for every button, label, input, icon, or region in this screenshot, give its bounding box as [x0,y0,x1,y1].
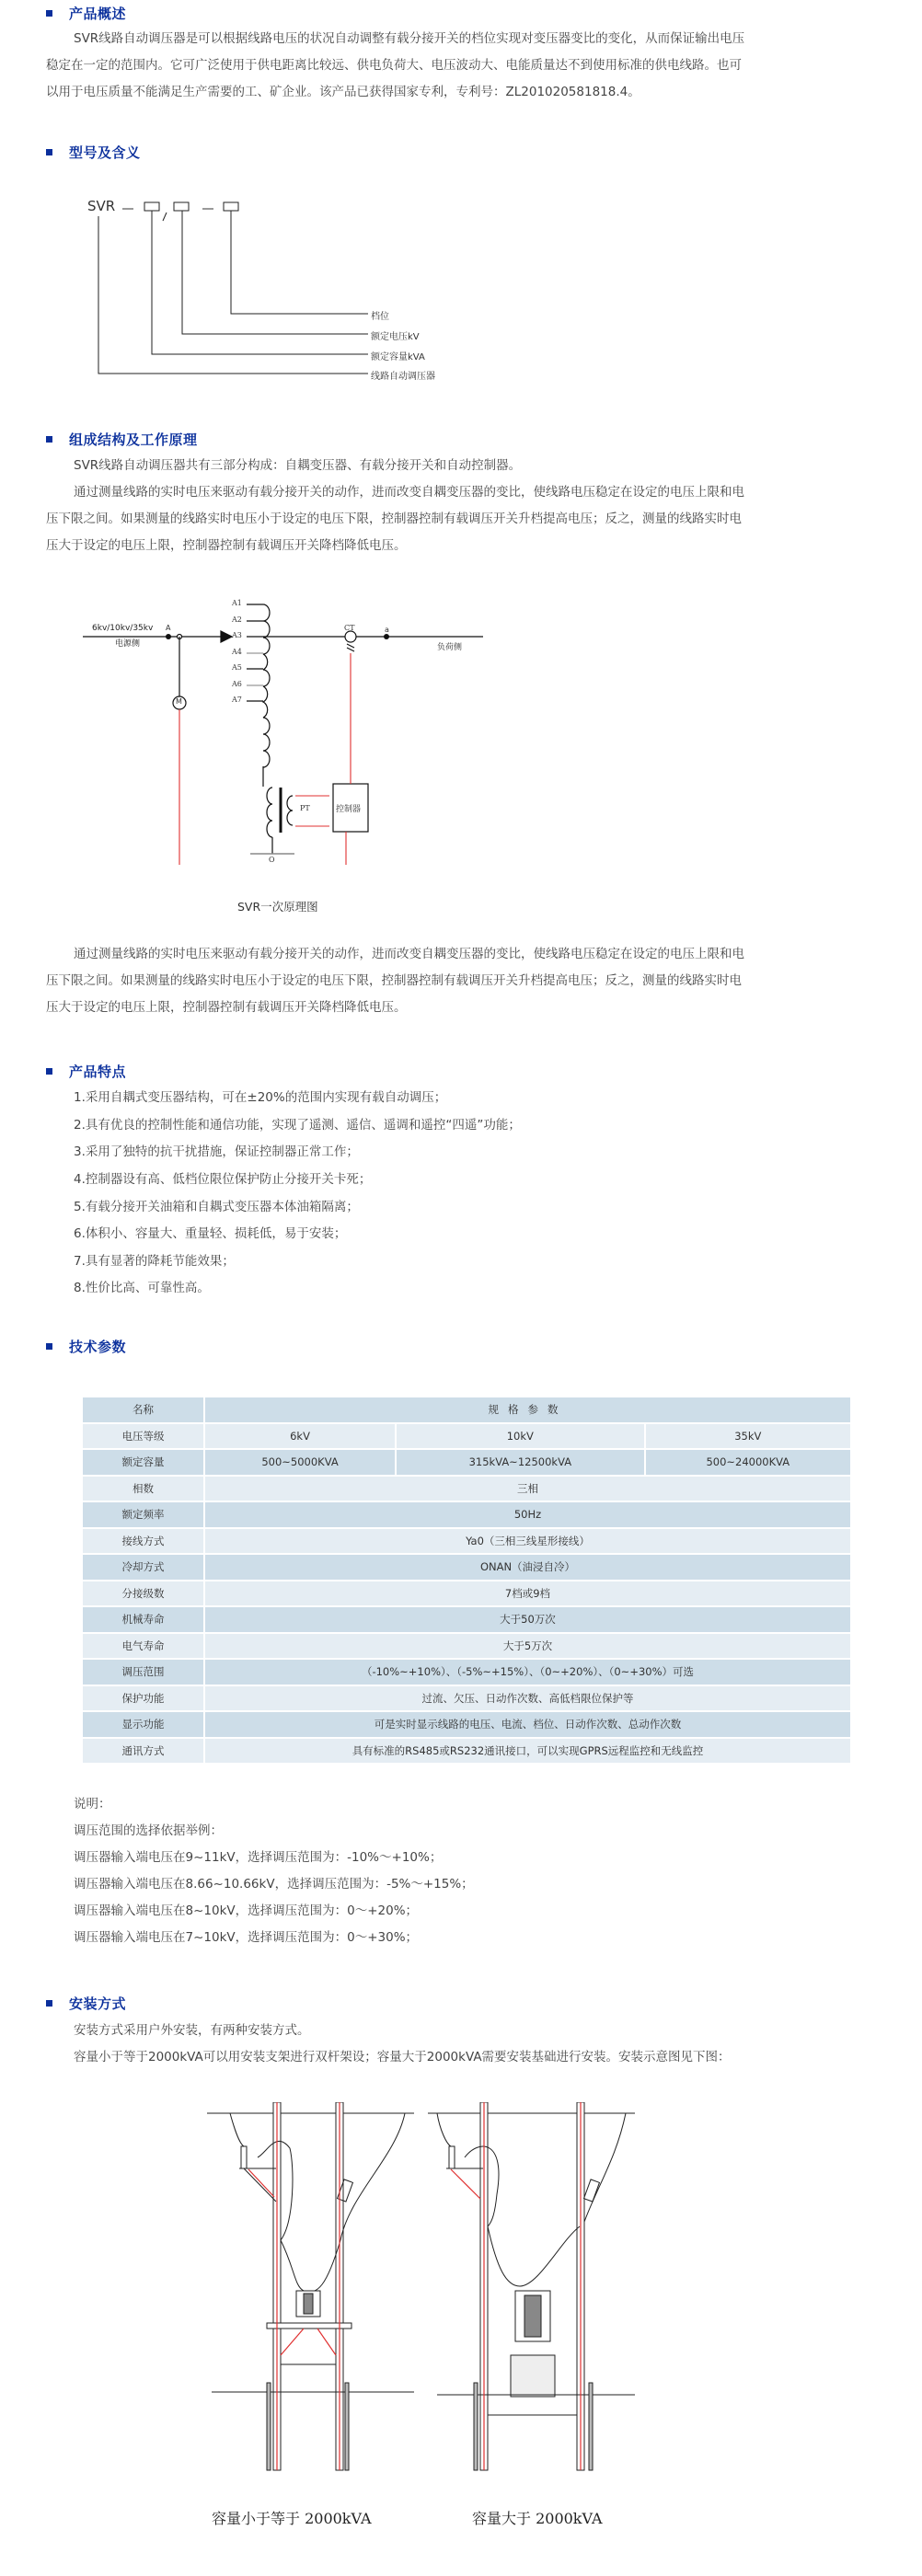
bullet-square-icon [46,10,52,17]
row-value: 315kVA~12500kVA [396,1449,645,1476]
row-name: 电压等级 [82,1423,204,1450]
row-value: 大于5万次 [204,1633,851,1660]
installation-diagram: 容量小于等于 2000kVA 容量大于 2000kVA [202,2102,718,2553]
install-line-1: 安装方式采用户外安装，有两种安装方式。 [74,2019,310,2038]
tap-A2: A2 [232,615,242,624]
bullet-square-icon [46,436,52,443]
row-name: 保护功能 [82,1685,204,1712]
feature-item-1: 1.采用自耦式变压器结构，可在±20%的范围内实现有载自动调压； [74,1087,446,1105]
schematic-caption: SVR一次原理图 [237,898,318,914]
section-header-model: 型号及含义 [46,141,141,163]
row-name: 相数 [82,1476,204,1502]
source-side-label: 电源侧 [115,637,140,649]
overview-line-3: 以用于电压质量不能满足生产需要的工、矿企业。该产品已获得国家专利，专利号：ZL2… [46,81,640,99]
notes-line-3: 调压器输入端电压在9~11kV，选择调压范围为：-10%～+10%； [74,1846,442,1865]
row-value: （-10%~+10%）、（-5%~+15%）、（0~+20%）、（0~+30%）… [204,1659,851,1685]
feature-item-7: 7.具有显著的降耗节能效果； [74,1250,235,1269]
bullet-square-icon [46,1068,52,1075]
section-header-install: 安装方式 [46,1992,126,2014]
tap-A5: A5 [232,663,242,672]
install-line-2: 容量小于等于2000kVA可以用安装支架进行双杆架设；容量大于2000kVA需要… [74,2046,731,2064]
motor-label: M [176,697,182,706]
install-caption-small: 容量小于等于 2000kVA [212,2507,372,2528]
row-value: 35kV [645,1423,851,1450]
section-title: 安装方式 [69,1994,126,2013]
tap-A3: A3 [232,631,242,639]
table-row: 分接级数7档或9档 [82,1581,851,1607]
row-name: 接线方式 [82,1528,204,1555]
installation-drawing [202,2102,718,2507]
row-value: 10kV [396,1423,645,1450]
notes-line-1: 说明： [74,1793,111,1811]
section-header-specs: 技术参数 [46,1335,126,1357]
ct-label: CT [344,624,354,632]
bullet-square-icon [46,2000,52,2007]
notes-line-5: 调压器输入端电压在8~10kV，选择调压范围为：0～+20%； [74,1900,418,1918]
feature-item-3: 3.采用了独特的抗干扰措施，保证控制器正常工作； [74,1141,359,1159]
row-value: 具有标准的RS485或RS232通讯接口，可以实现GPRS远程监控和无线监控 [204,1738,851,1765]
section-title: 产品特点 [69,1062,126,1081]
table-row: 电压等级 6kV 10kV 35kV [82,1423,851,1450]
source-voltage-label: 6kv/10kv/35kv [92,624,153,633]
structure-line-2: 压下限之间。如果测量的线路实时电压小于设定的电压下限，控制器控制有载调压开关升档… [46,508,742,526]
row-name: 额定容量 [82,1449,204,1476]
table-row: 保护功能过流、欠压、日动作次数、高低档限位保护等 [82,1685,851,1712]
tap-A4: A4 [232,648,242,656]
structure-line-3: 压大于设定的电压上限，控制器控制有载调压开关降档降低电压。 [46,535,407,553]
model-label-capacity: 额定容量kVA [371,349,425,362]
row-value: ONAN（油浸自冷） [204,1554,851,1581]
row-name: 分接级数 [82,1581,204,1607]
notes-line-6: 调压器输入端电压在7~10kV，选择调压范围为：0～+30%； [74,1926,418,1945]
row-name: 额定频率 [82,1501,204,1528]
row-value: 三相 [204,1476,851,1502]
model-label-tap: 档位 [371,308,389,322]
structure-intro: SVR线路自动调压器共有三部分构成：自耦变压器、有载分接开关和自动控制器。 [74,454,521,473]
table-row: 电气寿命大于5万次 [82,1633,851,1660]
row-value: 大于50万次 [204,1606,851,1633]
model-label-voltage: 额定电压kV [371,328,420,342]
table-row: 调压范围（-10%~+10%）、（-5%~+15%）、（0~+20%）、（0~+… [82,1659,851,1685]
table-row: 相数三相 [82,1476,851,1502]
bullet-square-icon [46,149,52,155]
row-value: 500~24000KVA [645,1449,851,1476]
table-header-row: 名称 规格参数 [82,1397,851,1423]
table-row: 额定频率50Hz [82,1501,851,1528]
spec-table: 名称 规格参数 电压等级 6kV 10kV 35kV 额定容量 500~5000… [81,1396,852,1765]
section-title: 组成结构及工作原理 [69,430,198,449]
tap-A1: A1 [232,599,242,607]
section-title: 技术参数 [69,1337,126,1356]
node-A-label: A [166,624,170,632]
structure2-line-3: 压大于设定的电压上限，控制器控制有载调压开关降档降低电压。 [46,996,407,1015]
table-row: 机械寿命大于50万次 [82,1606,851,1633]
install-caption-large: 容量大于 2000kVA [472,2507,603,2528]
model-code-diagram: SVR 档位 额定电压kV 额定容量kVA 线路自动调压器 [87,198,437,382]
tap-A6: A6 [232,680,242,688]
row-name: 机械寿命 [82,1606,204,1633]
feature-item-8: 8.性价比高、可靠性高。 [74,1277,210,1295]
svr-schematic-diagram: 6kv/10kv/35kv 电源侧 A a CT 负荷侧 M A1 A2 A3 … [83,589,488,865]
row-value: 500~5000KVA [204,1449,396,1476]
node-a-label: a [385,626,389,634]
structure2-line-2: 压下限之间。如果测量的线路实时电压小于设定的电压下限，控制器控制有载调压开关升档… [46,970,742,988]
bullet-square-icon [46,1343,52,1350]
row-value: 7档或9档 [204,1581,851,1607]
row-value: 过流、欠压、日动作次数、高低档限位保护等 [204,1685,851,1712]
table-row: 接线方式Ya0（三相三线星形接线） [82,1528,851,1555]
model-label-type: 线路自动调压器 [371,368,435,382]
section-title: 型号及含义 [69,143,141,162]
header-cell-value: 规格参数 [204,1397,851,1423]
load-side-label: 负荷侧 [437,640,462,652]
section-header-overview: 产品概述 [46,2,126,24]
row-value: Ya0（三相三线星形接线） [204,1528,851,1555]
notes-line-4: 调压器输入端电压在8.66~10.66kV，选择调压范围为：-5%～+15%； [74,1873,474,1892]
row-name: 电气寿命 [82,1633,204,1660]
structure-line-1: 通过测量线路的实时电压来驱动有载分接开关的动作，进而改变自耦变压器的变比，使线路… [74,481,744,500]
row-name: 冷却方式 [82,1554,204,1581]
row-name: 通讯方式 [82,1738,204,1765]
table-row: 冷却方式ONAN（油浸自冷） [82,1554,851,1581]
section-header-features: 产品特点 [46,1060,126,1082]
section-header-structure: 组成结构及工作原理 [46,428,198,450]
row-name: 显示功能 [82,1711,204,1738]
table-row: 额定容量 500~5000KVA 315kVA~12500kVA 500~240… [82,1449,851,1476]
notes-line-2: 调压范围的选择依据举例： [74,1820,223,1838]
table-row: 显示功能可是实时显示线路的电压、电流、档位、日动作次数、总动作次数 [82,1711,851,1738]
feature-item-6: 6.体积小、容量大、重量轻、损耗低，易于安装； [74,1223,346,1241]
row-value: 50Hz [204,1501,851,1528]
table-row: 通讯方式具有标准的RS485或RS232通讯接口，可以实现GPRS远程监控和无线… [82,1738,851,1765]
tap-A7: A7 [232,696,242,704]
section-title: 产品概述 [69,4,126,23]
feature-item-2: 2.具有优良的控制性能和通信功能，实现了遥测、遥信、遥调和遥控“四遥”功能； [74,1114,521,1133]
ground-label: O [269,856,275,864]
pt-label: PT [300,804,310,812]
controller-label: 控制器 [336,802,361,814]
row-value: 6kV [204,1423,396,1450]
header-cell-name: 名称 [82,1397,204,1423]
feature-item-4: 4.控制器设有高、低档位限位保护防止分接开关卡死； [74,1168,371,1187]
row-value: 可是实时显示线路的电压、电流、档位、日动作次数、总动作次数 [204,1711,851,1738]
row-name: 调压范围 [82,1659,204,1685]
overview-line-2: 稳定在一定的范围内。它可广泛使用于供电距离比较远、供电负荷大、电压波动大、电能质… [46,54,742,73]
structure2-line-1: 通过测量线路的实时电压来驱动有载分接开关的动作，进而改变自耦变压器的变比，使线路… [74,943,744,961]
overview-line-1: SVR线路自动调压器是可以根据线路电压的状况自动调整有载分接开关的档位实现对变压… [74,28,744,46]
feature-item-5: 5.有载分接开关油箱和自耦式变压器本体油箱隔离； [74,1196,359,1214]
